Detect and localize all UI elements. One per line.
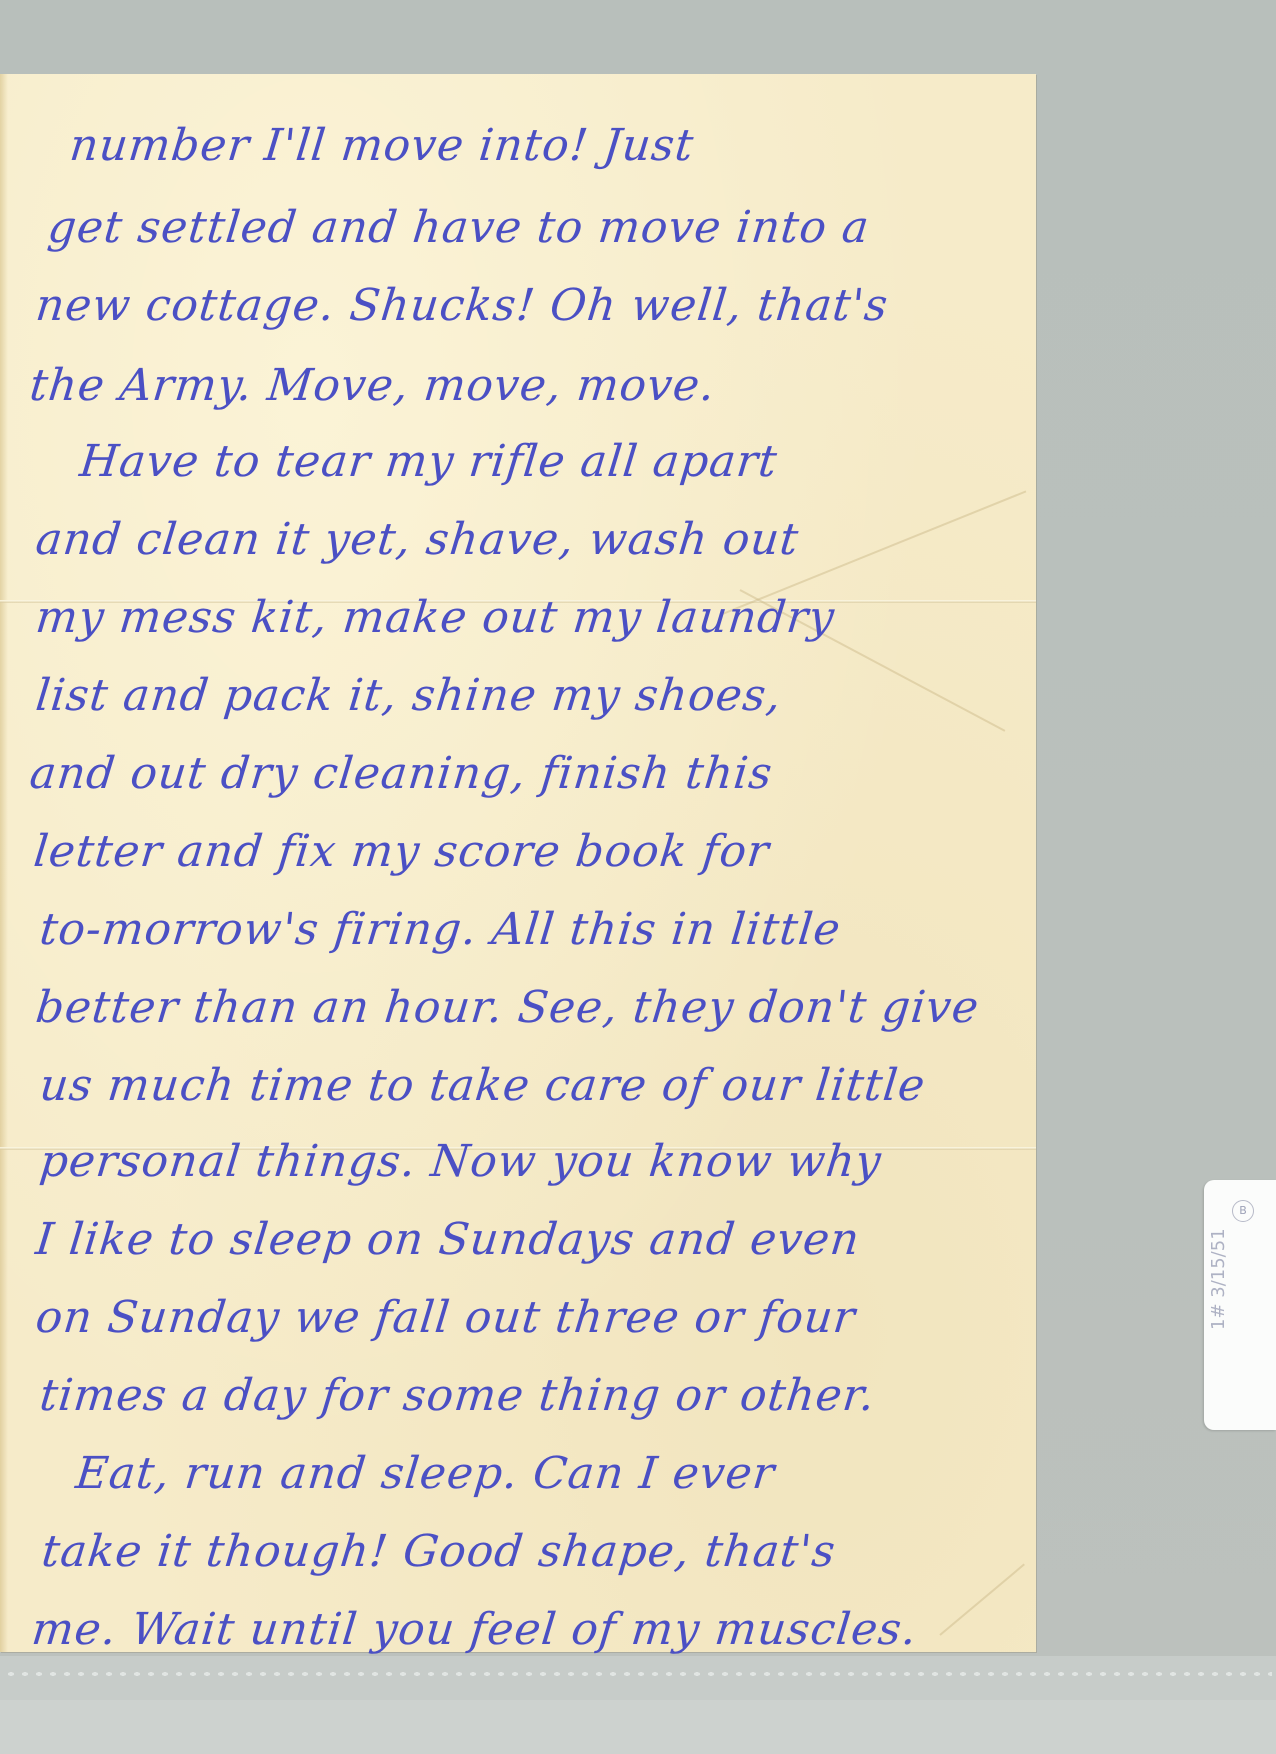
letter-line: letter and fix my score book for [31, 826, 772, 877]
letter-line: take it though! Good shape, that's [39, 1526, 838, 1577]
letter-line: Have to tear my rifle all apart [77, 436, 780, 487]
letter-line: me. Wait until you feel of my muscles. [29, 1604, 919, 1655]
letter-line: new cottage. Shucks! Oh well, that's [33, 280, 891, 331]
letter-line: Eat, run and sleep. Can I ever [73, 1448, 777, 1499]
letter-line: personal things. Now you know why [37, 1136, 884, 1187]
archival-sleeve-edge [0, 1656, 1276, 1702]
letter-line: to-morrow's firing. All this in little [37, 904, 843, 955]
circled-mark: B [1232, 1200, 1254, 1222]
letter-line: I like to sleep on Sundays and even [33, 1214, 862, 1265]
letter-line: my mess kit, make out my laundry [33, 592, 837, 643]
sleeve-perforations [4, 1670, 1272, 1678]
letter-page: number I'll move into! Just get settled … [0, 74, 1036, 1652]
corner-crease-bottom [939, 1564, 1025, 1636]
letter-line: the Army. Move, move, move. [27, 360, 718, 411]
letter-line: list and pack it, shine my shoes, [33, 670, 784, 721]
archive-note: 1# 3/15/51 [1208, 1130, 1229, 1330]
letter-line: get settled and have to move into a [45, 202, 872, 253]
sleeve-lower-area [0, 1700, 1276, 1754]
letter-line: number I'll move into! Just [67, 120, 696, 171]
archive-index-tab: B 1# 3/15/51 [1204, 1180, 1276, 1430]
letter-line: us much time to take care of our little [37, 1060, 928, 1111]
letter-line: on Sunday we fall out three or four [33, 1292, 858, 1343]
letter-line: and clean it yet, shave, wash out [33, 514, 801, 565]
letter-line: and out dry cleaning, finish this [27, 748, 775, 799]
letter-line: times a day for some thing or other. [37, 1370, 877, 1421]
letter-line: better than an hour. See, they don't giv… [33, 982, 981, 1033]
